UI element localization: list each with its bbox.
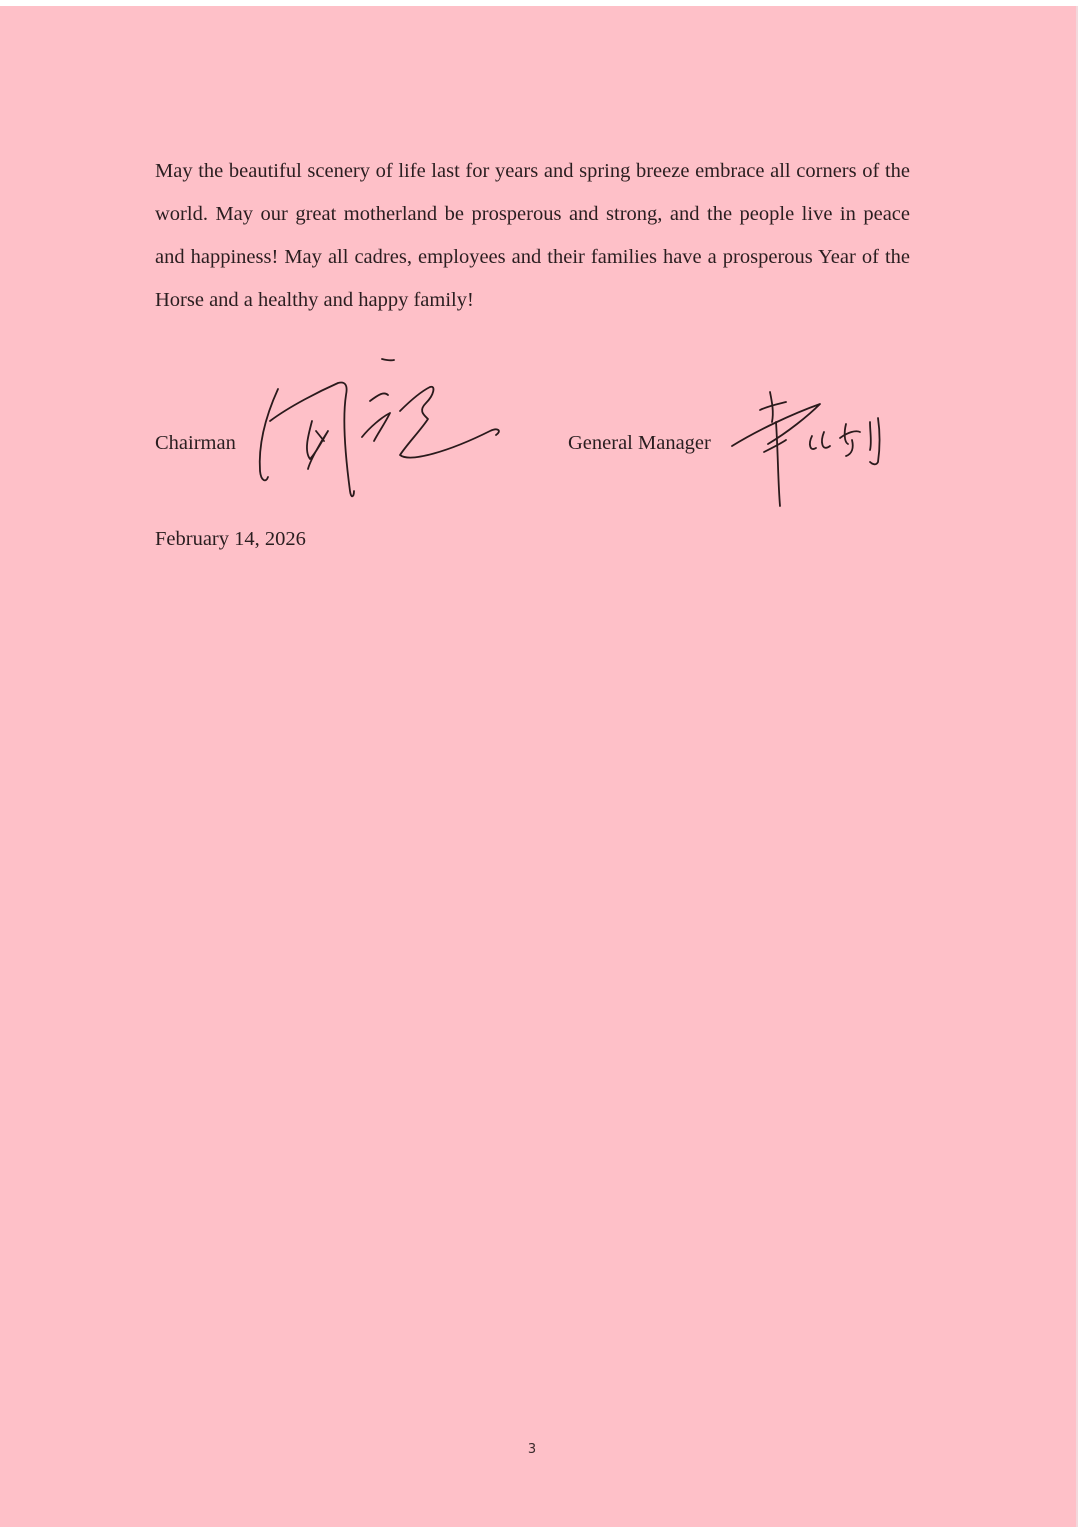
- document-page: May the beautiful scenery of life last f…: [0, 6, 1078, 1527]
- general-manager-signature-icon: [728, 382, 888, 517]
- general-manager-label: General Manager: [568, 432, 711, 455]
- letter-date: February 14, 2026: [155, 528, 306, 551]
- paragraph-text: May the beautiful scenery of life last f…: [155, 150, 910, 322]
- page-number: 3: [0, 1442, 1064, 1457]
- chairman-label: Chairman: [155, 432, 236, 455]
- closing-paragraph: May the beautiful scenery of life last f…: [155, 150, 910, 322]
- chairman-signature-icon: [250, 351, 510, 511]
